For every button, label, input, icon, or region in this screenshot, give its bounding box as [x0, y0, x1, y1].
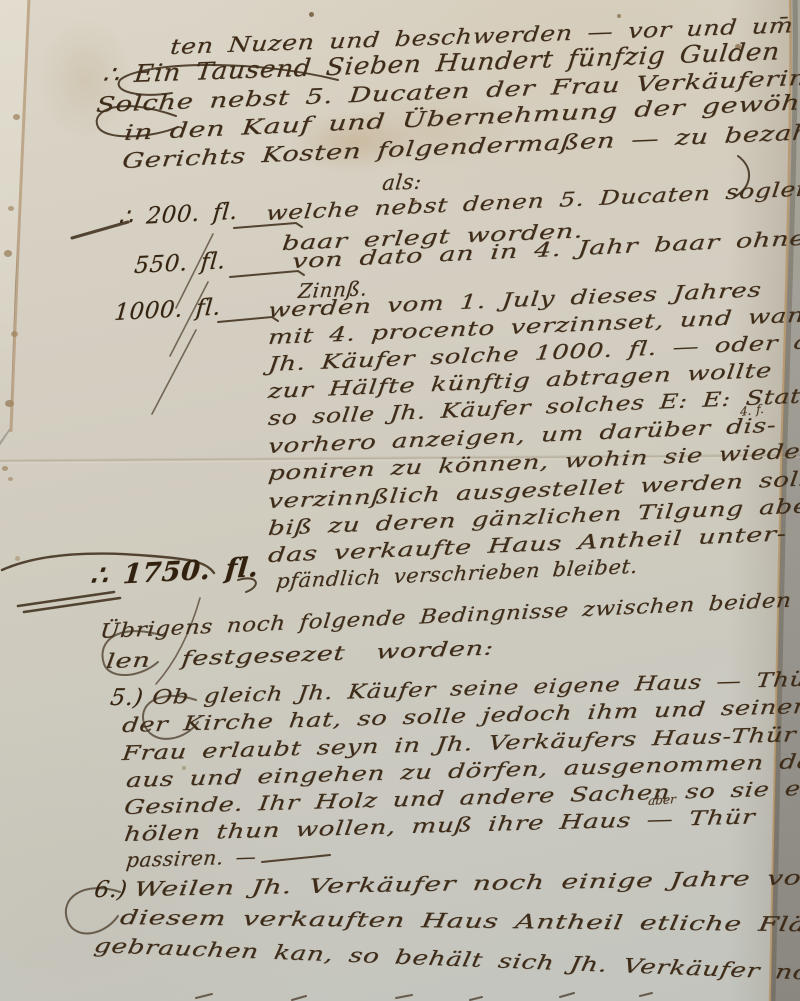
foxing-spot	[5, 400, 14, 407]
foxing-spot	[617, 14, 621, 18]
payment-amount: 550. fl.	[133, 249, 227, 279]
condition-number: 6.)	[93, 878, 129, 903]
foxing-spot	[8, 477, 13, 481]
foxing-spot	[309, 12, 314, 17]
foxing-spot	[4, 250, 12, 257]
foxing-spot	[15, 556, 20, 561]
foxing-spot	[11, 331, 18, 337]
foxing-spot	[8, 206, 14, 211]
interlinear-note: aber	[648, 793, 677, 808]
manuscript-line: als:	[381, 171, 423, 196]
manuscript-photo: ten Nuzen und beschwerden — vor und um̄ …	[0, 0, 800, 1001]
manuscript-line: passiren. —	[125, 845, 258, 871]
foxing-spot	[2, 466, 8, 471]
foxing-spot	[13, 114, 20, 120]
condition-number: 5.)	[109, 686, 145, 711]
